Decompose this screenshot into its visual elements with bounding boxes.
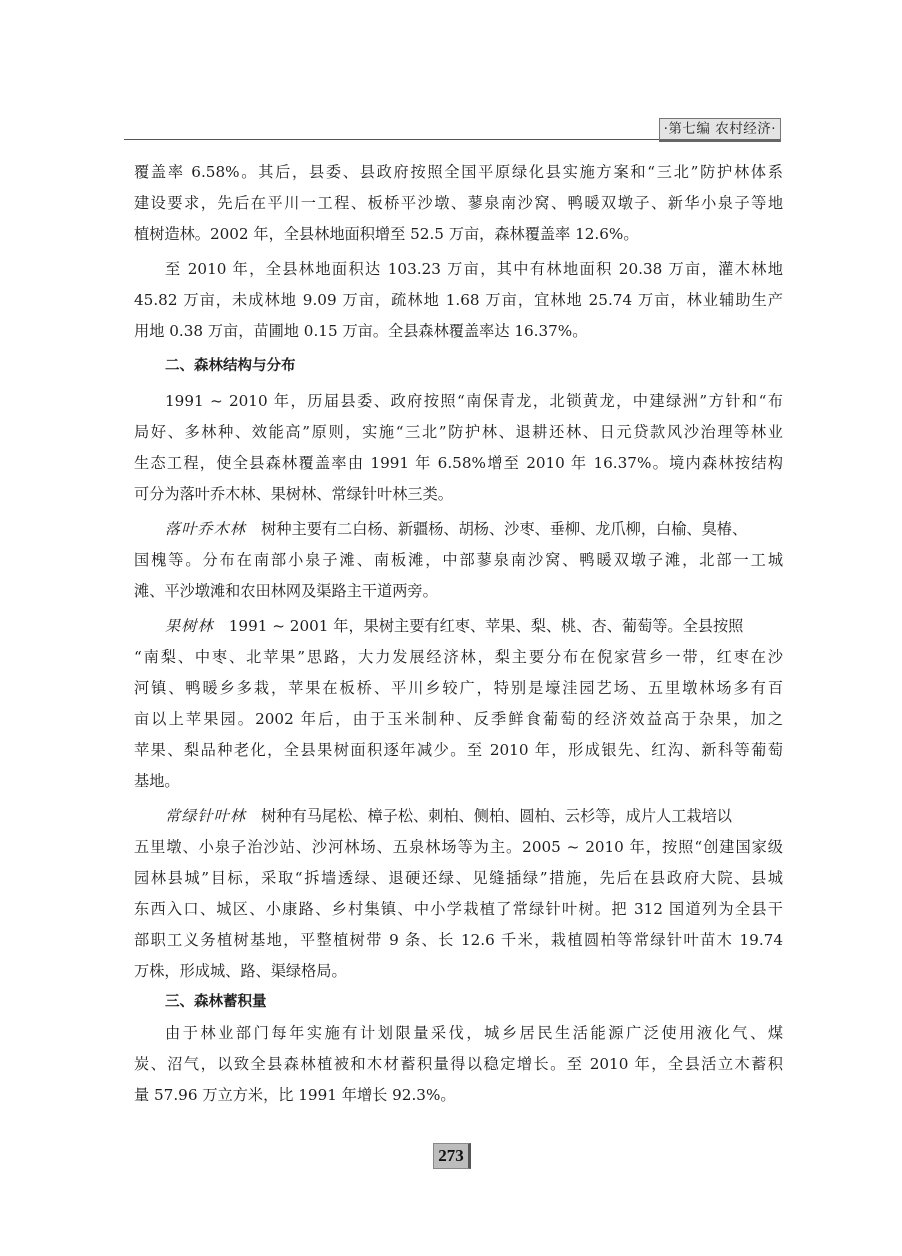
text-line: 局好、多林种、效能高”原则，实施“三北”防护林、退耕还林、日元贷款风沙治理等林业 <box>134 417 783 448</box>
text-line: 45.82 万亩，未成林地 9.09 万亩，疏林地 1.68 万亩，宜林地 25… <box>134 285 783 316</box>
text-line: 园林县城”目标，采取“拆墙透绿、退硬还绿、见缝插绿”措施，先后在县政府大院、县城 <box>134 863 783 894</box>
text-line: 东西入口、城区、小康路、乡村集镇、中小学栽植了常绿针叶树。把 312 国道列为全… <box>134 894 783 925</box>
term-label: 果树林 <box>165 617 214 635</box>
text-line: 苹果、梨品种老化，全县果树面积逐年减少。至 2010 年，形成银先、红沟、新科等… <box>134 735 783 766</box>
text-line: 滩、平沙墩滩和农田林网及渠路主干道两旁。 <box>134 576 783 607</box>
text-line: 由于林业部门每年实施有计划限量采伐，城乡居民生活能源广泛使用液化气、煤 <box>134 1018 783 1049</box>
text-line: 常绿针叶林 树种有马尾松、樟子松、刺柏、侧柏、圆柏、云杉等，成片人工栽培以 <box>134 801 783 832</box>
header-rule <box>124 139 671 140</box>
text-line: 量 57.96 万立方米，比 1991 年增长 92.3%。 <box>134 1080 783 1111</box>
text-line: 国槐等。分布在南部小泉子滩、南板滩，中部蓼泉南沙窝、鸭暖双墩子滩，北部一工城 <box>134 545 783 576</box>
text-line: 可分为落叶乔木林、果树林、常绿针叶林三类。 <box>134 479 783 510</box>
text-line: 生态工程，使全县森林覆盖率由 1991 年 6.58%增至 2010 年 16.… <box>134 448 783 479</box>
section-label: ·第七编 农村经济· <box>659 118 781 142</box>
running-header: ·第七编 农村经济· <box>124 118 781 142</box>
text-line: 炭、沼气，以致全县森林植被和木材蓄积量得以稳定增长。至 2010 年，全县活立木… <box>134 1049 783 1080</box>
text-line: 落叶乔木林 树种主要有二白杨、新疆杨、胡杨、沙枣、垂柳、龙爪柳，白榆、臭椿、 <box>134 514 783 545</box>
text-span: 树种有马尾松、樟子松、刺柏、侧柏、圆柏、云杉等，成片人工栽培以 <box>261 807 732 825</box>
text-line: 1991 ~ 2010 年，历届县委、政府按照“南保青龙，北锁黄龙，中建绿洲”方… <box>134 386 783 417</box>
text-line: 基地。 <box>134 766 783 797</box>
text-line: 五里墩、小泉子治沙站、沙河林场、五泉林场等为主。2005 ~ 2010 年，按照… <box>134 832 783 863</box>
section-heading: 二、森林结构与分布 <box>134 351 783 382</box>
text-span: 树种主要有二白杨、新疆杨、胡杨、沙枣、垂柳、龙爪柳，白榆、臭椿、 <box>261 520 747 538</box>
text-line: 至 2010 年，全县林地面积达 103.23 万亩，其中有林地面积 20.38… <box>134 254 783 285</box>
text-line: 建设要求，先后在平川一工程、板桥平沙墩、蓼泉南沙窝、鸭暖双墩子、新华小泉子等地 <box>134 188 783 219</box>
text-line: 万株，形成城、路、渠绿格局。 <box>134 956 783 987</box>
text-line: 亩以上苹果园。2002 年后，由于玉米制种、反季鲜食葡萄的经济效益高于杂果，加之 <box>134 704 783 735</box>
text-span: 1991 ~ 2001 年，果树主要有红枣、苹果、梨、桃、杏、葡萄等。全县按照 <box>229 617 744 635</box>
text-line: 河镇、鸭暖乡多栽，苹果在板桥、平川乡较广，特别是壕洼园艺场、五里墩林场多有百 <box>134 673 783 704</box>
text-line: 部职工义务植树基地，平整植树带 9 条、长 12.6 千米，栽植圆柏等常绿针叶苗… <box>134 925 783 956</box>
page-number: 273 <box>433 1143 471 1169</box>
text-line: 植树造林。2002 年，全县林地面积增至 52.5 万亩，森林覆盖率 12.6%… <box>134 219 783 250</box>
text-line: “南梨、中枣、北苹果”思路，大力发展经济林，梨主要分布在倪家营乡一带，红枣在沙 <box>134 642 783 673</box>
text-line: 果树林 1991 ~ 2001 年，果树主要有红枣、苹果、梨、桃、杏、葡萄等。全… <box>134 611 783 642</box>
text-line: 覆盖率 6.58%。其后，县委、县政府按照全国平原绿化县实施方案和“三北”防护林… <box>134 157 783 188</box>
text-line: 用地 0.38 万亩，苗圃地 0.15 万亩。全县森林覆盖率达 16.37%。 <box>134 316 783 347</box>
page-body: 覆盖率 6.58%。其后，县委、县政府按照全国平原绿化县实施方案和“三北”防护林… <box>134 157 783 1111</box>
term-label: 落叶乔木林 <box>165 520 246 538</box>
section-heading: 三、森林蓄积量 <box>134 987 783 1018</box>
term-label: 常绿针叶林 <box>165 807 246 825</box>
